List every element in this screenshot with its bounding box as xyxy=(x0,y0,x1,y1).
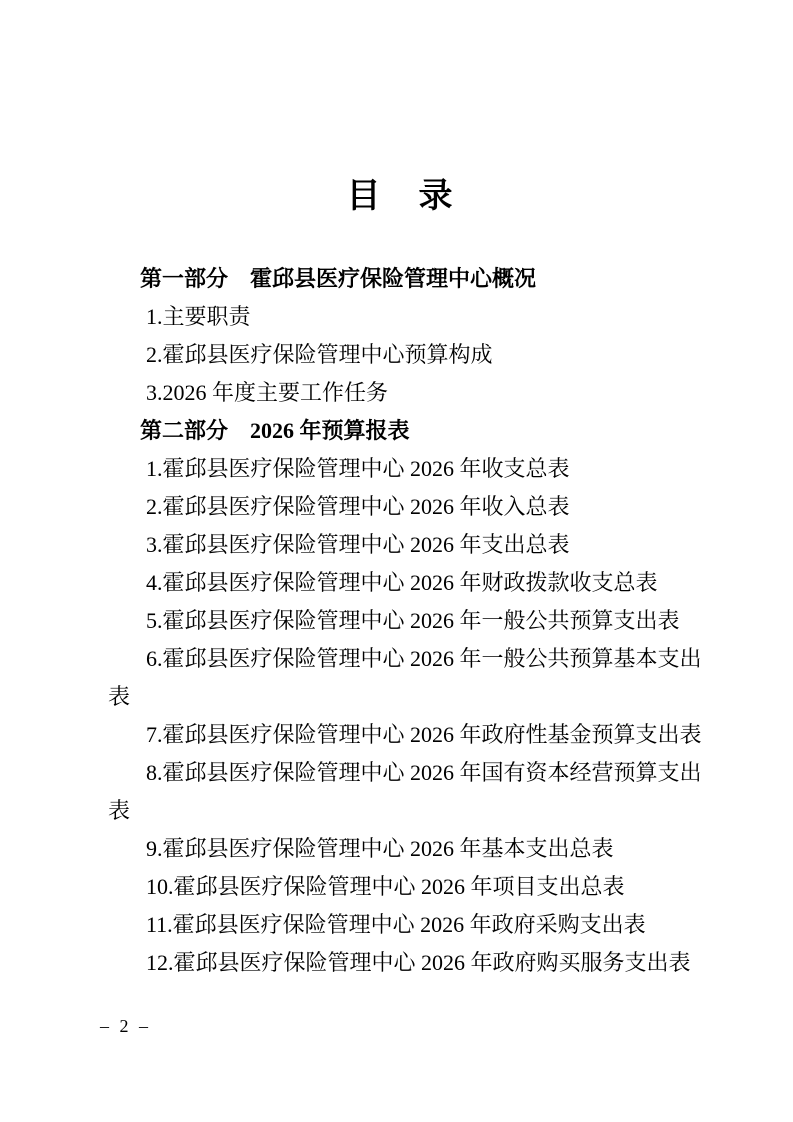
toc-item: 5.霍邱县医疗保险管理中心 2026 年一般公共预算支出表 xyxy=(108,602,693,640)
page-number: – 2 – xyxy=(100,1014,151,1038)
section-heading: 第一部分 霍邱县医疗保险管理中心概况 xyxy=(108,260,693,298)
toc-item: 11.霍邱县医疗保险管理中心 2026 年政府采购支出表 xyxy=(108,906,693,944)
page-content: 目 录 第一部分 霍邱县医疗保险管理中心概况 1.主要职责 2.霍邱县医疗保险管… xyxy=(108,0,693,982)
section-heading: 第二部分 2026 年预算报表 xyxy=(108,412,693,450)
toc-item: 6.霍邱县医疗保险管理中心 2026 年一般公共预算基本支出 xyxy=(108,640,693,678)
toc-item: 3.霍邱县医疗保险管理中心 2026 年支出总表 xyxy=(108,526,693,564)
toc-item-continuation: 表 xyxy=(108,678,693,716)
toc-item: 1.霍邱县医疗保险管理中心 2026 年收支总表 xyxy=(108,450,693,488)
toc-item: 10.霍邱县医疗保险管理中心 2026 年项目支出总表 xyxy=(108,868,693,906)
table-of-contents: 第一部分 霍邱县医疗保险管理中心概况 1.主要职责 2.霍邱县医疗保险管理中心预… xyxy=(108,260,693,982)
toc-item: 9.霍邱县医疗保险管理中心 2026 年基本支出总表 xyxy=(108,830,693,868)
toc-item: 4.霍邱县医疗保险管理中心 2026 年财政拨款收支总表 xyxy=(108,564,693,602)
toc-item: 1.主要职责 xyxy=(108,298,693,336)
toc-item: 3.2026 年度主要工作任务 xyxy=(108,374,693,412)
toc-item-continuation: 表 xyxy=(108,792,693,830)
toc-item: 7.霍邱县医疗保险管理中心 2026 年政府性基金预算支出表 xyxy=(108,716,693,754)
document-page: 目 录 第一部分 霍邱县医疗保险管理中心概况 1.主要职责 2.霍邱县医疗保险管… xyxy=(0,0,793,1122)
toc-item: 12.霍邱县医疗保险管理中心 2026 年政府购买服务支出表 xyxy=(108,944,693,982)
page-title: 目 录 xyxy=(108,0,693,218)
toc-item: 2.霍邱县医疗保险管理中心预算构成 xyxy=(108,336,693,374)
toc-item: 2.霍邱县医疗保险管理中心 2026 年收入总表 xyxy=(108,488,693,526)
toc-item: 8.霍邱县医疗保险管理中心 2026 年国有资本经营预算支出 xyxy=(108,754,693,792)
